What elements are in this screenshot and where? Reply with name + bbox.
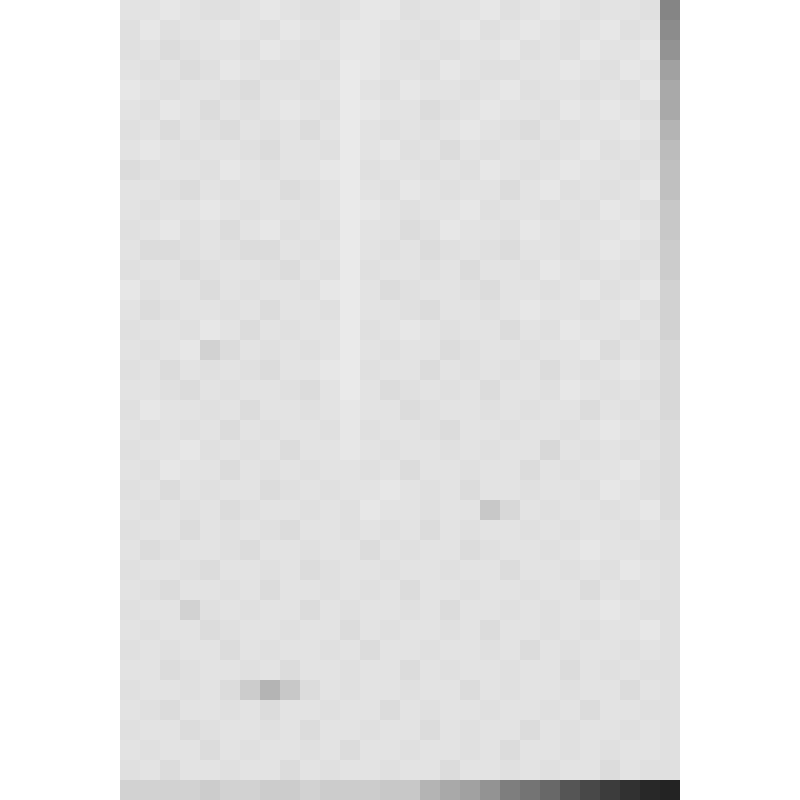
mosaic-cell <box>260 220 280 240</box>
mosaic-cell <box>580 440 600 460</box>
mosaic-cell <box>300 540 320 560</box>
mosaic-cell <box>500 420 520 440</box>
mosaic-cell <box>120 640 140 660</box>
mosaic-cell <box>420 600 440 620</box>
mosaic-cell <box>160 620 180 640</box>
mosaic-cell <box>580 0 600 20</box>
mosaic-cell <box>560 140 580 160</box>
mosaic-cell <box>120 140 140 160</box>
mosaic-cell <box>280 240 300 260</box>
mosaic-cell <box>180 100 200 120</box>
mosaic-cell <box>180 500 200 520</box>
mosaic-cell <box>340 380 360 400</box>
mosaic-cell <box>540 320 560 340</box>
mosaic-cell <box>440 680 460 700</box>
mosaic-cell <box>160 280 180 300</box>
mosaic-cell <box>480 140 500 160</box>
mosaic-cell <box>340 760 360 780</box>
mosaic-cell <box>260 540 280 560</box>
mosaic-cell <box>340 580 360 600</box>
mosaic-cell <box>280 680 300 700</box>
mosaic-cell <box>480 180 500 200</box>
mosaic-cell <box>520 320 540 340</box>
mosaic-cell <box>600 40 620 60</box>
mosaic-cell <box>420 100 440 120</box>
mosaic-cell <box>140 240 160 260</box>
mosaic-cell <box>140 40 160 60</box>
mosaic-cell <box>440 380 460 400</box>
mosaic-cell <box>620 40 640 60</box>
mosaic-cell <box>660 300 680 320</box>
mosaic-cell <box>500 260 520 280</box>
mosaic-cell <box>580 780 600 800</box>
mosaic-cell <box>500 460 520 480</box>
mosaic-cell <box>180 220 200 240</box>
mosaic-cell <box>640 520 660 540</box>
mosaic-cell <box>500 200 520 220</box>
mosaic-cell <box>380 580 400 600</box>
mosaic-cell <box>440 660 460 680</box>
mosaic-cell <box>600 580 620 600</box>
mosaic-cell <box>200 40 220 60</box>
mosaic-cell <box>340 320 360 340</box>
mosaic-cell <box>580 260 600 280</box>
mosaic-cell <box>280 640 300 660</box>
mosaic-cell <box>280 220 300 240</box>
mosaic-cell <box>320 320 340 340</box>
mosaic-cell <box>440 480 460 500</box>
mosaic-cell <box>240 620 260 640</box>
mosaic-cell <box>120 380 140 400</box>
mosaic-cell <box>160 240 180 260</box>
mosaic-cell <box>200 760 220 780</box>
mosaic-cell <box>180 460 200 480</box>
mosaic-cell <box>120 20 140 40</box>
mosaic-cell <box>500 540 520 560</box>
mosaic-cell <box>560 600 580 620</box>
mosaic-cell <box>620 640 640 660</box>
mosaic-cell <box>460 340 480 360</box>
mosaic-cell <box>480 220 500 240</box>
mosaic-cell <box>280 20 300 40</box>
mosaic-cell <box>500 480 520 500</box>
mosaic-cell <box>580 640 600 660</box>
mosaic-cell <box>320 340 340 360</box>
mosaic-cell <box>380 40 400 60</box>
mosaic-cell <box>480 120 500 140</box>
mosaic-cell <box>460 460 480 480</box>
mosaic-cell <box>320 0 340 20</box>
mosaic-cell <box>460 420 480 440</box>
mosaic-cell <box>300 400 320 420</box>
mosaic-cell <box>660 460 680 480</box>
mosaic-cell <box>360 700 380 720</box>
mosaic-cell <box>540 520 560 540</box>
mosaic-cell <box>600 140 620 160</box>
mosaic-cell <box>400 100 420 120</box>
mosaic-cell <box>340 400 360 420</box>
mosaic-cell <box>580 520 600 540</box>
mosaic-cell <box>180 320 200 340</box>
mosaic-cell <box>540 420 560 440</box>
mosaic-cell <box>440 780 460 800</box>
mosaic-cell <box>320 140 340 160</box>
mosaic-cell <box>300 600 320 620</box>
mosaic-cell <box>580 240 600 260</box>
mosaic-cell <box>500 620 520 640</box>
mosaic-cell <box>260 20 280 40</box>
mosaic-cell <box>220 280 240 300</box>
mosaic-cell <box>340 540 360 560</box>
mosaic-cell <box>140 480 160 500</box>
mosaic-cell <box>360 640 380 660</box>
mosaic-cell <box>240 140 260 160</box>
mosaic-cell <box>220 580 240 600</box>
mosaic-cell <box>620 580 640 600</box>
mosaic-cell <box>340 0 360 20</box>
mosaic-cell <box>120 520 140 540</box>
mosaic-cell <box>480 760 500 780</box>
mosaic-cell <box>460 380 480 400</box>
mosaic-cell <box>440 120 460 140</box>
mosaic-cell <box>620 340 640 360</box>
mosaic-cell <box>660 660 680 680</box>
mosaic-cell <box>180 680 200 700</box>
mosaic-cell <box>540 760 560 780</box>
mosaic-cell <box>280 500 300 520</box>
mosaic-cell <box>440 500 460 520</box>
mosaic-cell <box>520 20 540 40</box>
mosaic-cell <box>620 220 640 240</box>
mosaic-cell <box>620 380 640 400</box>
mosaic-cell <box>300 100 320 120</box>
mosaic-cell <box>160 340 180 360</box>
mosaic-cell <box>140 660 160 680</box>
mosaic-cell <box>320 300 340 320</box>
mosaic-cell <box>140 300 160 320</box>
mosaic-cell <box>120 760 140 780</box>
mosaic-cell <box>640 720 660 740</box>
mosaic-cell <box>300 340 320 360</box>
mosaic-cell <box>180 540 200 560</box>
mosaic-cell <box>480 160 500 180</box>
mosaic-cell <box>480 360 500 380</box>
mosaic-cell <box>260 120 280 140</box>
mosaic-cell <box>480 480 500 500</box>
mosaic-cell <box>180 620 200 640</box>
mosaic-cell <box>520 260 540 280</box>
mosaic-cell <box>180 360 200 380</box>
mosaic-cell <box>260 580 280 600</box>
mosaic-cell <box>120 680 140 700</box>
mosaic-cell <box>620 420 640 440</box>
mosaic-cell <box>560 220 580 240</box>
mosaic-cell <box>600 720 620 740</box>
mosaic-cell <box>580 720 600 740</box>
mosaic-cell <box>380 500 400 520</box>
mosaic-cell <box>360 480 380 500</box>
mosaic-cell <box>540 300 560 320</box>
mosaic-cell <box>400 200 420 220</box>
mosaic-cell <box>240 260 260 280</box>
mosaic-cell <box>660 560 680 580</box>
mosaic-cell <box>340 140 360 160</box>
mosaic-cell <box>300 120 320 140</box>
mosaic-cell <box>140 140 160 160</box>
mosaic-cell <box>180 520 200 540</box>
mosaic-cell <box>220 60 240 80</box>
mosaic-cell <box>440 360 460 380</box>
mosaic-cell <box>640 220 660 240</box>
mosaic-cell <box>380 280 400 300</box>
mosaic-cell <box>260 240 280 260</box>
mosaic-cell <box>480 600 500 620</box>
mosaic-cell <box>140 180 160 200</box>
mosaic-cell <box>280 360 300 380</box>
mosaic-cell <box>660 680 680 700</box>
mosaic-cell <box>500 0 520 20</box>
mosaic-cell <box>560 740 580 760</box>
mosaic-cell <box>520 420 540 440</box>
mosaic-cell <box>540 380 560 400</box>
mosaic-cell <box>180 300 200 320</box>
mosaic-cell <box>320 420 340 440</box>
mosaic-cell <box>140 540 160 560</box>
mosaic-cell <box>440 260 460 280</box>
mosaic-cell <box>140 440 160 460</box>
mosaic-cell <box>480 60 500 80</box>
mosaic-cell <box>320 400 340 420</box>
mosaic-cell <box>120 720 140 740</box>
mosaic-cell <box>300 320 320 340</box>
mosaic-cell <box>300 660 320 680</box>
mosaic-cell <box>320 780 340 800</box>
mosaic-cell <box>440 240 460 260</box>
mosaic-cell <box>260 460 280 480</box>
mosaic-cell <box>220 80 240 100</box>
mosaic-cell <box>640 280 660 300</box>
mosaic-cell <box>360 40 380 60</box>
mosaic-cell <box>360 200 380 220</box>
mosaic-cell <box>300 520 320 540</box>
mosaic-cell <box>180 40 200 60</box>
mosaic-cell <box>420 540 440 560</box>
mosaic-cell <box>360 400 380 420</box>
mosaic-cell <box>440 420 460 440</box>
mosaic-cell <box>640 240 660 260</box>
mosaic-cell <box>380 680 400 700</box>
mosaic-cell <box>500 40 520 60</box>
mosaic-cell <box>280 700 300 720</box>
mosaic-cell <box>380 480 400 500</box>
mosaic-cell <box>440 80 460 100</box>
mosaic-cell <box>440 540 460 560</box>
mosaic-cell <box>260 640 280 660</box>
mosaic-cell <box>380 720 400 740</box>
mosaic-cell <box>380 620 400 640</box>
mosaic-cell <box>580 580 600 600</box>
mosaic-cell <box>500 140 520 160</box>
mosaic-cell <box>200 620 220 640</box>
mosaic-cell <box>160 200 180 220</box>
mosaic-cell <box>400 220 420 240</box>
mosaic-cell <box>400 760 420 780</box>
mosaic-cell <box>560 160 580 180</box>
mosaic-cell <box>400 600 420 620</box>
mosaic-cell <box>240 540 260 560</box>
mosaic-cell <box>120 220 140 240</box>
mosaic-cell <box>620 700 640 720</box>
mosaic-cell <box>560 620 580 640</box>
mosaic-cell <box>640 740 660 760</box>
mosaic-cell <box>360 520 380 540</box>
mosaic-cell <box>240 420 260 440</box>
mosaic-cell <box>420 60 440 80</box>
mosaic-cell <box>480 640 500 660</box>
mosaic-cell <box>640 540 660 560</box>
mosaic-cell <box>540 400 560 420</box>
mosaic-cell <box>160 160 180 180</box>
mosaic-cell <box>600 20 620 40</box>
mosaic-cell <box>280 760 300 780</box>
mosaic-cell <box>360 600 380 620</box>
mosaic-cell <box>420 480 440 500</box>
mosaic-cell <box>440 200 460 220</box>
mosaic-cell <box>340 500 360 520</box>
mosaic-cell <box>520 100 540 120</box>
mosaic-cell <box>480 240 500 260</box>
mosaic-cell <box>440 740 460 760</box>
mosaic-cell <box>560 580 580 600</box>
mosaic-cell <box>520 780 540 800</box>
mosaic-cell <box>540 60 560 80</box>
mosaic-cell <box>540 560 560 580</box>
mosaic-cell <box>480 400 500 420</box>
mosaic-cell <box>420 660 440 680</box>
mosaic-cell <box>120 540 140 560</box>
mosaic-cell <box>180 720 200 740</box>
mosaic-cell <box>260 740 280 760</box>
mosaic-cell <box>440 720 460 740</box>
mosaic-cell <box>320 80 340 100</box>
mosaic-cell <box>460 620 480 640</box>
mosaic-cell <box>460 680 480 700</box>
mosaic-cell <box>460 700 480 720</box>
mosaic-cell <box>640 680 660 700</box>
mosaic-cell <box>200 680 220 700</box>
mosaic-cell <box>620 260 640 280</box>
mosaic-cell <box>380 140 400 160</box>
mosaic-cell <box>540 80 560 100</box>
mosaic-cell <box>400 440 420 460</box>
mosaic-cell <box>560 420 580 440</box>
mosaic-cell <box>600 80 620 100</box>
mosaic-cell <box>160 500 180 520</box>
mosaic-cell <box>320 580 340 600</box>
mosaic-cell <box>420 220 440 240</box>
mosaic-cell <box>200 400 220 420</box>
mosaic-cell <box>220 300 240 320</box>
mosaic-cell <box>140 780 160 800</box>
mosaic-cell <box>220 100 240 120</box>
mosaic-cell <box>240 660 260 680</box>
mosaic-cell <box>520 720 540 740</box>
mosaic-cell <box>220 540 240 560</box>
mosaic-cell <box>480 740 500 760</box>
mosaic-cell <box>600 400 620 420</box>
mosaic-cell <box>520 540 540 560</box>
mosaic-cell <box>580 120 600 140</box>
mosaic-cell <box>300 380 320 400</box>
mosaic-cell <box>600 120 620 140</box>
mosaic-cell <box>200 540 220 560</box>
mosaic-cell <box>560 380 580 400</box>
mosaic-cell <box>420 280 440 300</box>
mosaic-cell <box>580 140 600 160</box>
mosaic-cell <box>460 540 480 560</box>
mosaic-cell <box>340 40 360 60</box>
mosaic-cell <box>560 560 580 580</box>
pixelated-page-image <box>120 0 680 800</box>
mosaic-cell <box>280 300 300 320</box>
mosaic-cell <box>280 520 300 540</box>
mosaic-cell <box>640 600 660 620</box>
mosaic-cell <box>420 620 440 640</box>
mosaic-cell <box>240 560 260 580</box>
mosaic-cell <box>120 120 140 140</box>
mosaic-cell <box>260 760 280 780</box>
mosaic-cell <box>360 80 380 100</box>
mosaic-cell <box>460 0 480 20</box>
mosaic-cell <box>480 580 500 600</box>
mosaic-cell <box>600 680 620 700</box>
mosaic-cell <box>260 100 280 120</box>
mosaic-cell <box>480 460 500 480</box>
mosaic-cell <box>420 580 440 600</box>
mosaic-cell <box>520 220 540 240</box>
mosaic-cell <box>200 240 220 260</box>
mosaic-cell <box>140 460 160 480</box>
mosaic-cell <box>360 320 380 340</box>
mosaic-cell <box>660 400 680 420</box>
mosaic-cell <box>660 780 680 800</box>
mosaic-cell <box>580 200 600 220</box>
mosaic-cell <box>240 400 260 420</box>
mosaic-cell <box>320 380 340 400</box>
mosaic-cell <box>280 200 300 220</box>
mosaic-cell <box>180 280 200 300</box>
mosaic-cell <box>220 560 240 580</box>
mosaic-cell <box>180 260 200 280</box>
mosaic-cell <box>440 460 460 480</box>
mosaic-cell <box>540 480 560 500</box>
mosaic-cell <box>600 280 620 300</box>
mosaic-cell <box>340 700 360 720</box>
mosaic-cell <box>460 500 480 520</box>
mosaic-cell <box>560 60 580 80</box>
mosaic-cell <box>540 160 560 180</box>
mosaic-cell <box>660 380 680 400</box>
mosaic-cell <box>180 240 200 260</box>
mosaic-cell <box>320 500 340 520</box>
mosaic-cell <box>600 420 620 440</box>
mosaic-cell <box>380 640 400 660</box>
mosaic-cell <box>640 440 660 460</box>
mosaic-cell <box>620 20 640 40</box>
mosaic-cell <box>280 600 300 620</box>
mosaic-cell <box>660 360 680 380</box>
mosaic-cell <box>380 600 400 620</box>
